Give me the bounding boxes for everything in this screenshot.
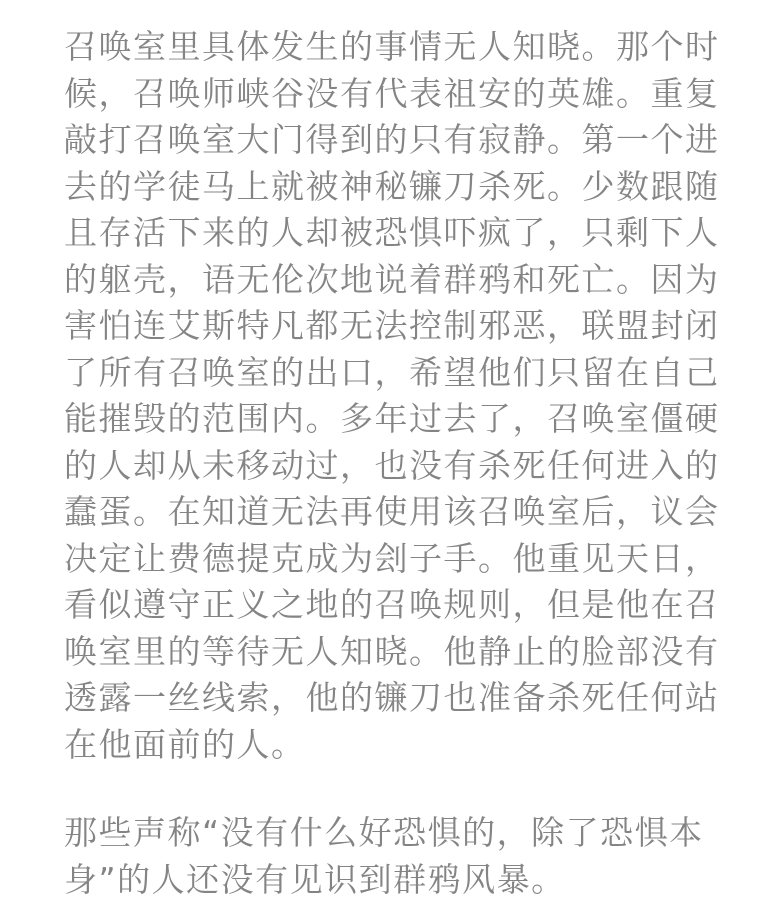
text-line: 的躯壳，语无伦次地说着群鸦和死亡。因为 xyxy=(64,257,720,304)
text-line: 敲打召唤室大门得到的只有寂静。第一个进 xyxy=(64,117,720,164)
text-line: 能摧毁的范围内。多年过去了，召唤室僵硬 xyxy=(64,396,720,443)
lore-paragraph-1: 召唤室里具体发生的事情无人知晓。那个时 候，召唤师峡谷没有代表祖安的英雄。重复 … xyxy=(64,24,720,768)
text-line: 看似遵守正义之地的召唤规则，但是他在召 xyxy=(64,582,720,629)
text-line: 了所有召唤室的出口，希望他们只留在自己 xyxy=(64,350,720,397)
text-line: 透露一丝线索，他的镰刀也准备杀死任何站 xyxy=(64,675,720,722)
text-line: 决定让费德提克成为刽子手。他重见天日， xyxy=(64,536,720,583)
text-line: 的人却从未移动过，也没有杀死任何进入的 xyxy=(64,443,720,490)
text-line: 唤室里的等待无人知晓。他静止的脸部没有 xyxy=(64,629,720,676)
text-line: 在他面前的人。 xyxy=(64,722,720,769)
text-line: 去的学徒马上就被神秘镰刀杀死。少数跟随 xyxy=(64,164,720,211)
text-line: 身”的人还没有见识到群鸦风暴。 xyxy=(64,857,720,900)
text-line: 候，召唤师峡谷没有代表祖安的英雄。重复 xyxy=(64,71,720,118)
text-line: 召唤室里具体发生的事情无人知晓。那个时 xyxy=(64,24,720,71)
text-line: 那些声称“没有什么好恐惧的，除了恐惧本 xyxy=(64,810,720,857)
lore-text-page: 召唤室里具体发生的事情无人知晓。那个时 候，召唤师峡谷没有代表祖安的英雄。重复 … xyxy=(0,0,778,900)
text-line: 且存活下来的人却被恐惧吓疯了，只剩下人 xyxy=(64,210,720,257)
text-line: 害怕连艾斯特凡都无法控制邪恶，联盟封闭 xyxy=(64,303,720,350)
lore-paragraph-2: 那些声称“没有什么好恐惧的，除了恐惧本 身”的人还没有见识到群鸦风暴。 xyxy=(64,810,720,900)
text-line: 蠢蛋。在知道无法再使用该召唤室后，议会 xyxy=(64,489,720,536)
